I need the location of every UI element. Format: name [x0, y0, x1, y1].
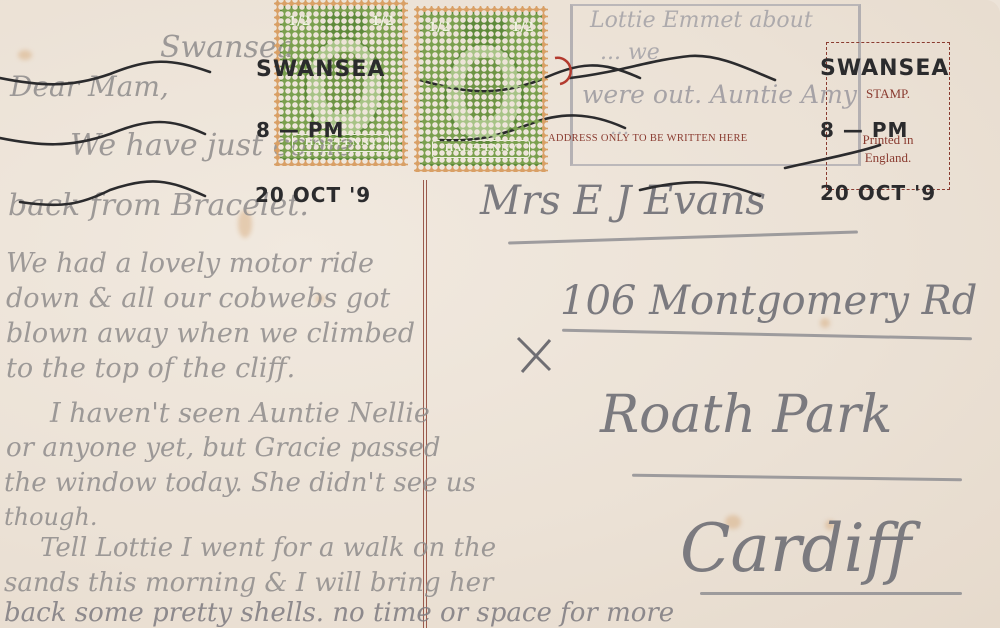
stamp-denomination: 1/2 [371, 14, 394, 29]
crown-icon [462, 18, 506, 40]
message-line: down & all our cobwebs got [6, 283, 390, 314]
stamp-label: HALFPENNY [432, 140, 530, 158]
stamp-denomination: 1/2 [428, 20, 451, 35]
crown-icon [322, 12, 366, 34]
stamp-denomination: 1/2 [511, 20, 534, 35]
halfpenny-stamp: 1/2 1/2 HALFPENNY [414, 6, 548, 172]
postmark-date: 20 OCT '9 [820, 181, 936, 205]
address-underline [562, 329, 972, 341]
address-street: 106 Montgomery Rd [560, 278, 977, 324]
message-line: sands this morning & I will bring her [4, 568, 493, 598]
address-city: Cardiff [680, 510, 912, 587]
message-line: back some pretty shells. no time or spac… [4, 598, 674, 628]
postcard-back: Lottie Emmet about ... we were out. Aunt… [0, 0, 1000, 628]
message-line: or anyone yet, but Gracie passed [6, 433, 441, 463]
stamp-denomination: 1/2 [288, 14, 311, 29]
address-underline [632, 474, 962, 482]
postmark-time: 8 — PM [820, 118, 908, 142]
stamp-frame: 1/2 1/2 HALFPENNY [420, 12, 542, 166]
postmark-date: 20 OCT '9 [255, 183, 371, 207]
pencil-x-mark [510, 330, 560, 380]
message-line: We had a lovely motor ride [6, 248, 374, 279]
postmark-town: SWANSEA [820, 56, 949, 81]
message-line: the window today. She didn't see us [4, 468, 476, 498]
message-line: though. [4, 503, 97, 531]
message-line: blown away when we climbed [6, 318, 415, 349]
postmark-time: 8 — PM [256, 118, 344, 142]
message-line: I haven't seen Auntie Nellie [50, 398, 430, 429]
address-underline [700, 592, 962, 595]
king-portrait-icon [464, 58, 504, 120]
message-line: Tell Lottie I went for a walk on the [40, 533, 496, 563]
postmark-town: SWANSEA [256, 57, 385, 82]
message-line: to the top of the cliff. [6, 353, 295, 384]
address-district: Roath Park [600, 385, 892, 445]
